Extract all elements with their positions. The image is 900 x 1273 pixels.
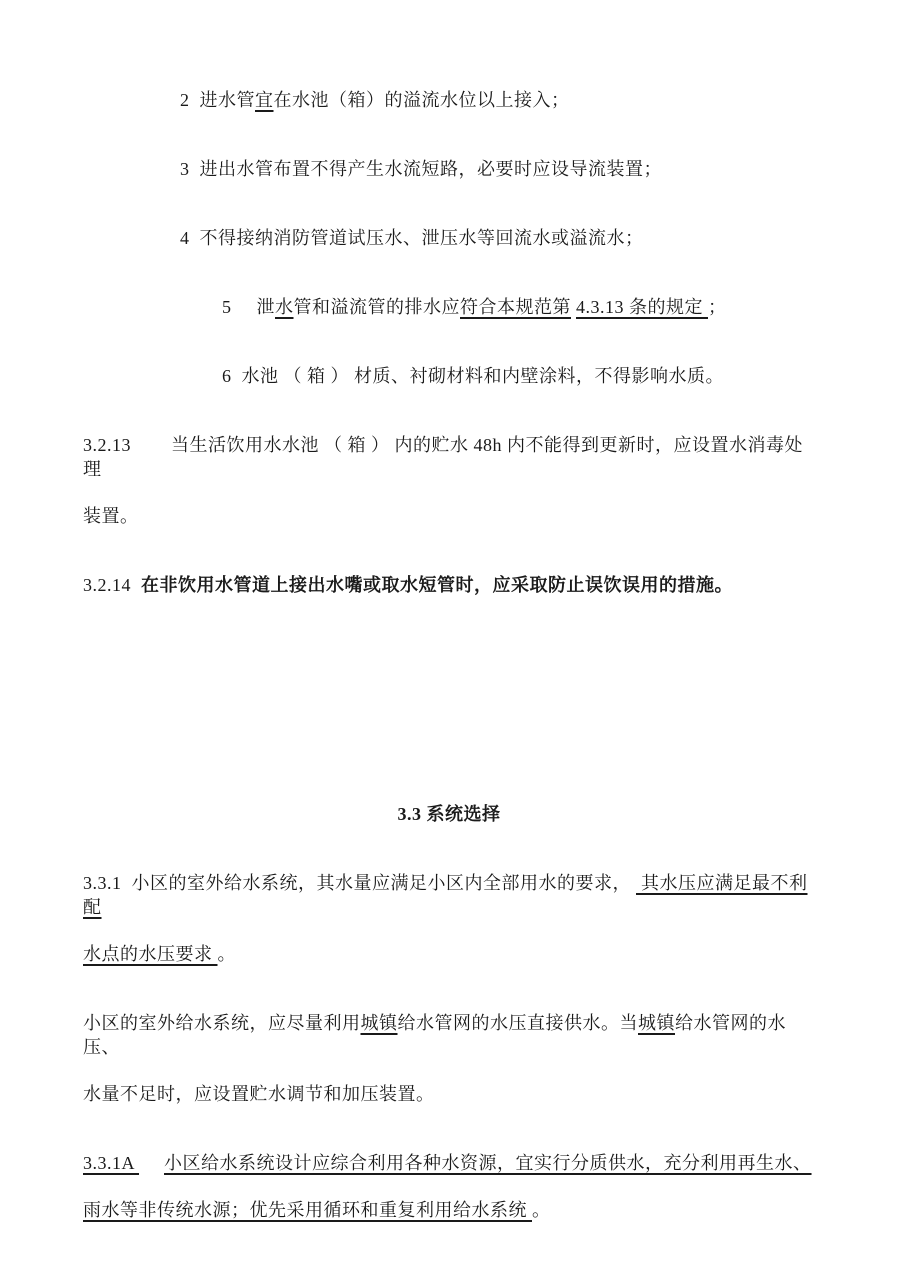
clause-item-4-text-0: 4 不得接纳消防管道试压水、泄压水等回流水或溢流水； bbox=[180, 228, 644, 248]
section-heading-3-3-text-0: 3.3 系统选择 bbox=[398, 804, 501, 824]
clause-3-3-1-line-2-text-1: 。 bbox=[218, 944, 237, 964]
clause-item-5-text-6: ； bbox=[708, 297, 727, 317]
clause-3-2-14: 3.2.14 在非饮用水管道上接出水嘴或取水短管时，应采取防止误饮误用的措施。 bbox=[83, 573, 815, 597]
clause-item-2-text-1: 宜 bbox=[255, 90, 274, 110]
clause-3-3-1A-line-2-text-0: 雨水等非传统水源；优先采用循环和重复利用给水系统 bbox=[83, 1200, 532, 1220]
clause-item-2: 2 进水管宜在水池（箱）的溢流水位以上接入； bbox=[180, 88, 815, 112]
clause-3-3-1A-line-1: 3.3.1A 小区给水系统设计应综合利用各种水资源，宜实行分质供水，充分利用再生… bbox=[83, 1151, 815, 1175]
clause-item-5-text-1: 水 bbox=[275, 297, 294, 317]
clause-item-2-text-2: 在水池（箱）的溢流水位以上接入； bbox=[274, 90, 570, 110]
clause-item-5-text-2: 管和溢流管的排水应 bbox=[294, 297, 461, 317]
clause-item-6: 6 水池 （ 箱 ） 材质、衬砌材料和内壁涂料，不得影响水质。 bbox=[222, 364, 815, 388]
clause-3-3-1-para2-line-1-text-3: 城镇 bbox=[638, 1013, 675, 1033]
clause-item-6-text-0: 6 水池 （ 箱 ） 材质、衬砌材料和内壁涂料，不得影响水质。 bbox=[222, 366, 724, 386]
clause-3-2-13-line-1: 3.2.13 当生活饮用水水池 （ 箱 ） 内的贮水 48h 内不能得到更新时，… bbox=[83, 433, 815, 481]
clause-3-3-1A-line-1-text-2: 小区给水系统设计应综合利用各种水资源，宜实行分质供水，充分利用再生水、 bbox=[164, 1153, 812, 1173]
section-heading-3-3: 3.3 系统选择 bbox=[83, 802, 815, 826]
clause-3-3-1-para2-line-1-text-2: 给水管网的水压直接供水。当 bbox=[398, 1013, 639, 1033]
clause-item-5-text-0: 5 泄 bbox=[222, 297, 275, 317]
clause-3-3-1-line-2: 水点的水压要求 。 bbox=[83, 942, 815, 966]
clause-3-3-1-para2-line-1-text-1: 城镇 bbox=[361, 1013, 398, 1033]
clause-item-5-text-5: 4.3.13 条的规定 bbox=[576, 297, 708, 317]
clause-3-3-1-para2-line-1: 小区的室外给水系统，应尽量利用城镇给水管网的水压直接供水。当城镇给水管网的水压、 bbox=[83, 1011, 815, 1059]
clause-3-3-1A-line-2: 雨水等非传统水源；优先采用循环和重复利用给水系统 。 bbox=[83, 1198, 815, 1222]
document-page: 2 进水管宜在水池（箱）的溢流水位以上接入；3 进出水管布置不得产生水流短路，必… bbox=[0, 0, 900, 1273]
clause-item-4: 4 不得接纳消防管道试压水、泄压水等回流水或溢流水； bbox=[180, 226, 815, 250]
clause-3-3-1-line-1: 3.3.1 小区的室外给水系统，其水量应满足小区内全部用水的要求， 其水压应满足… bbox=[83, 871, 815, 919]
clause-3-3-1-para2-line-2: 水量不足时，应设置贮水调节和加压装置。 bbox=[83, 1082, 815, 1106]
clause-item-5: 5 泄水管和溢流管的排水应符合本规范第 4.3.13 条的规定 ； bbox=[222, 295, 815, 319]
clause-3-2-14-text-0: 3.2.14 bbox=[83, 575, 141, 595]
clause-3-3-1-line-1-text-0: 3.3.1 小区的室外给水系统，其水量应满足小区内全部用水的要求， bbox=[83, 873, 636, 893]
clause-item-3: 3 进出水管布置不得产生水流短路，必要时应设导流装置； bbox=[180, 157, 815, 181]
clause-3-3-1A-line-1-text-1 bbox=[139, 1153, 164, 1173]
clause-3-2-13-line-2: 装置。 bbox=[83, 504, 815, 528]
clause-item-3-text-0: 3 进出水管布置不得产生水流短路，必要时应设导流装置； bbox=[180, 159, 662, 179]
clause-3-3-1-para2-line-1-text-0: 小区的室外给水系统，应尽量利用 bbox=[83, 1013, 361, 1033]
clause-3-2-13-line-1-text-0: 3.2.13 当生活饮用水水池 （ 箱 ） 内的贮水 48h 内不能得到更新时，… bbox=[83, 435, 803, 479]
clause-item-2-text-0: 2 进水管 bbox=[180, 90, 255, 110]
clause-3-3-1A-line-1-text-0: 3.3.1A bbox=[83, 1153, 139, 1173]
clause-3-3-1-line-2-text-0: 水点的水压要求 bbox=[83, 944, 218, 964]
clause-3-3-1A-line-2-text-1: 。 bbox=[532, 1200, 551, 1220]
clause-3-2-14-text-1: 在非饮用水管道上接出水嘴或取水短管时，应采取防止误饮误用的措施。 bbox=[141, 575, 733, 595]
clause-3-2-13-line-2-text-0: 装置。 bbox=[83, 506, 139, 526]
clause-item-5-text-3: 符合本规范第 bbox=[460, 297, 571, 317]
clause-3-3-1-para2-line-2-text-0: 水量不足时，应设置贮水调节和加压装置。 bbox=[83, 1084, 435, 1104]
